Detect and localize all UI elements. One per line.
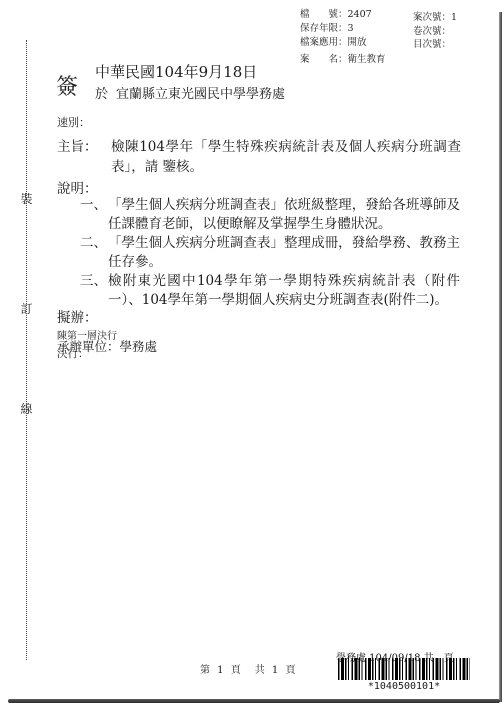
registry-stamp-group: 學務處 104/09/18 共 頁 *1040500101*: [336, 649, 476, 664]
page-edge-right: [499, 12, 502, 702]
speed-label: 速別：: [57, 114, 90, 130]
stamp-text: 學務處 104/09/18 共 頁: [336, 649, 476, 664]
item-number: 二、: [80, 234, 108, 272]
item-text: 「學生個人疾病分班調查表」整理成冊，發給學務、教務主任存參。: [108, 234, 460, 272]
header-fields-right: 案次號：1 卷次號： 目次號：: [413, 11, 457, 52]
case-name-label: 案 名：: [300, 54, 348, 65]
item-number: 一、: [80, 196, 108, 234]
binding-dotted-line: [26, 40, 27, 660]
explanation-label: 說明：: [57, 177, 98, 197]
page-edge-bottom: [8, 699, 500, 703]
barcode-value: *1040500101*: [336, 681, 472, 692]
case-name-row: 案 名：衛生教育: [300, 53, 386, 67]
item-seq-label: 目次號：: [413, 39, 451, 50]
volume-seq-row: 卷次號：: [413, 25, 457, 39]
retention-value: 3: [348, 23, 354, 34]
case-seq-label: 案次號：: [413, 12, 451, 23]
document-type-mark: 簽: [56, 70, 78, 101]
item-text: 檢附東光國中104學年第一學期特殊疾病統計表（附件一）、104學年第一學期個人疾…: [108, 272, 460, 310]
archive-use-value: 開放: [348, 37, 367, 48]
page-number-info: 第 1 頁 共 1 頁: [200, 661, 297, 676]
binding-char-ding: 訂: [19, 300, 34, 317]
document-date: 中華民國104年9月18日: [95, 61, 257, 82]
place-prefix: 於: [95, 87, 108, 102]
archive-use-label: 檔案應用：: [300, 37, 348, 48]
header-fields-left: 檔 號：2407 保存年限：3 檔案應用：開放 案 名：衛生教育: [300, 8, 386, 67]
retention-row: 保存年限：3: [300, 22, 386, 36]
document-page: 裝 訂 線 檔 號：2407 保存年限：3 檔案應用：開放 案 名：衛生教育 案…: [0, 0, 504, 710]
archive-use-row: 檔案應用：開放: [300, 36, 386, 50]
explanation-items: 一、 「學生個人疾病分班調查表」依班級整理，發給各班導師及任課體育老師，以便瞭解…: [80, 196, 462, 310]
item-number: 三、: [80, 272, 108, 310]
item-text: 「學生個人疾病分班調查表」依班級整理，發給各班導師及任課體育老師，以便瞭解及掌握…: [108, 196, 460, 234]
binding-char-xian: 線: [19, 400, 34, 417]
case-seq-value: 1: [451, 12, 457, 23]
explanation-item-1: 一、 「學生個人疾病分班調查表」依班級整理，發給各班導師及任課體育老師，以便瞭解…: [80, 196, 462, 234]
subject-label: 主旨：: [57, 137, 111, 177]
proposal-label: 擬辦：: [57, 306, 98, 326]
volume-seq-label: 卷次號：: [413, 26, 451, 37]
item-seq-row: 目次號：: [413, 38, 457, 52]
approval-overlap-line: 決行：: [57, 346, 89, 361]
subject-text: 檢陳104學年「學生特殊疾病統計表及個人疾病分班調查表」，請 鑒核。: [111, 137, 461, 177]
explanation-item-3: 三、 檢附東光國中104學年第一學期特殊疾病統計表（附件一）、104學年第一學期…: [80, 272, 462, 310]
document-place-line: 於宜蘭縣立東光國民中學學務處: [95, 83, 285, 102]
file-number-value: 2407: [348, 9, 372, 20]
subject-row: 主旨： 檢陳104學年「學生特殊疾病統計表及個人疾病分班調查表」，請 鑒核。: [57, 137, 461, 177]
case-name-value: 衛生教育: [348, 54, 386, 65]
file-number-label: 檔 號：: [300, 9, 348, 20]
binding-char-zhuang: 裝: [19, 190, 34, 207]
place-name: 宜蘭縣立東光國民中學學務處: [116, 87, 285, 102]
file-number-row: 檔 號：2407: [300, 8, 386, 22]
explanation-item-2: 二、 「學生個人疾病分班調查表」整理成冊，發給學務、教務主任存參。: [80, 234, 462, 272]
retention-label: 保存年限：: [300, 23, 348, 34]
case-seq-row: 案次號：1: [413, 11, 457, 25]
